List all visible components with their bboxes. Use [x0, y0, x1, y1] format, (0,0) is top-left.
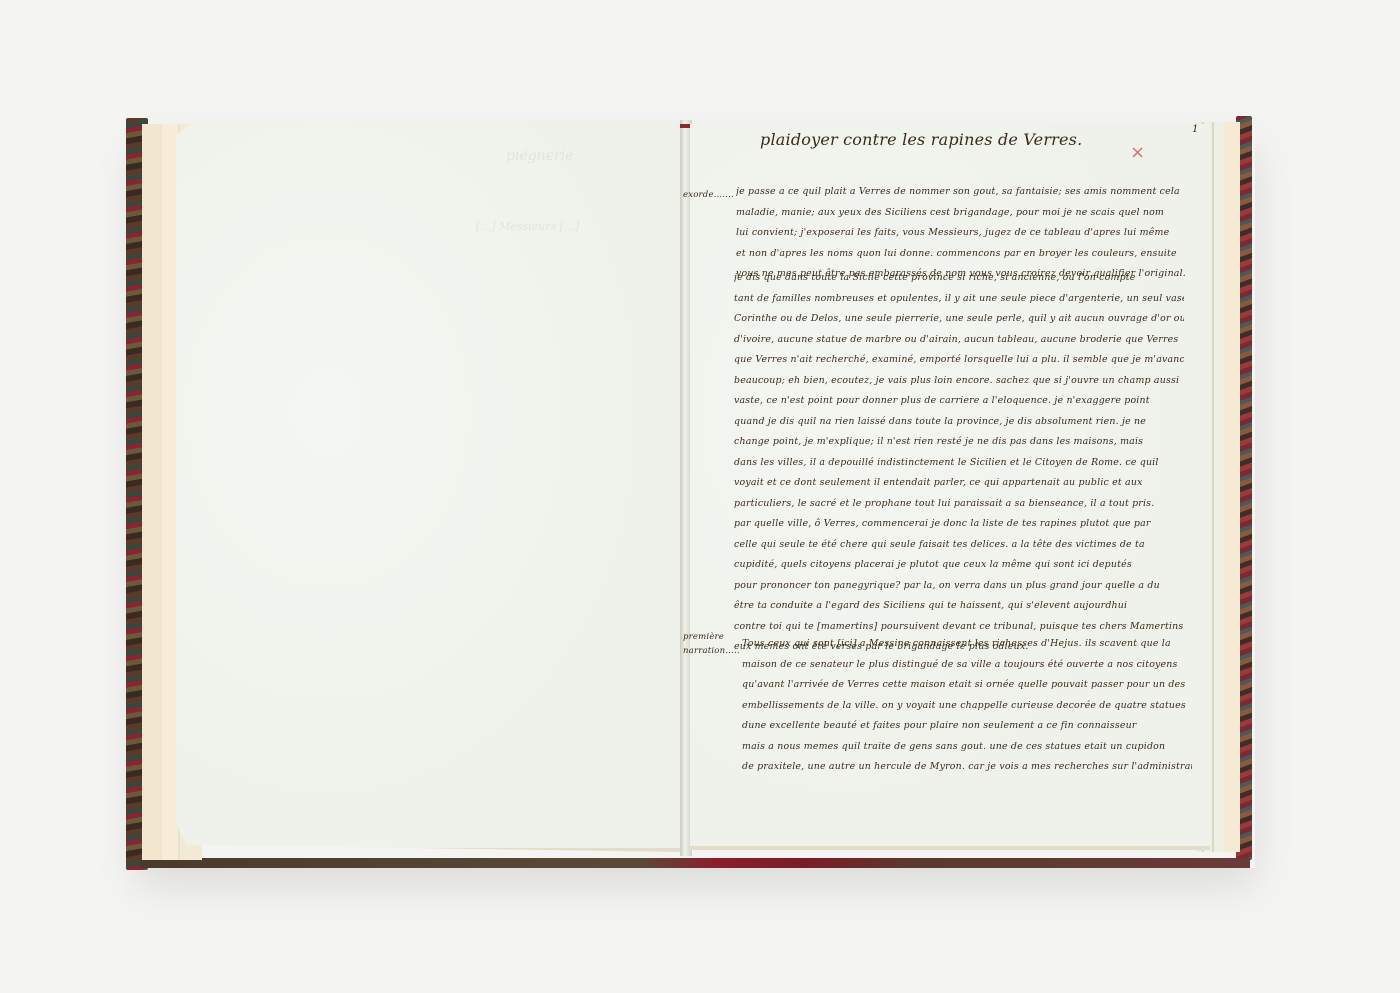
text-line: dune excellente beauté et faites pour pl…: [742, 716, 1192, 737]
text-line: par quelle ville, ô Verres, commencerai …: [734, 514, 1184, 535]
text-line: celle qui seule te été chere qui seule f…: [734, 535, 1184, 556]
text-line: je passe a ce quil plait a Verres de nom…: [736, 182, 1186, 203]
cover-bottom-edge: [140, 858, 1250, 868]
margin-note-narration: narration…..: [683, 646, 740, 656]
text-line: beaucoup; eh bien, ecoutez, je vais plus…: [734, 371, 1184, 392]
text-line: qu'avant l'arrivée de Verres cette maiso…: [742, 675, 1192, 696]
text-line: cupidité, quels citoyens placerai je plu…: [734, 555, 1184, 576]
text-line: et non d'apres les noms quon lui donne. …: [736, 244, 1186, 265]
text-line: vaste, ce n'est point pour donner plus d…: [734, 391, 1184, 412]
text-line: quand je dis quil na rien laissé dans to…: [734, 412, 1184, 433]
photo-scene: piégnerie […] Messieurs […] plaidoyer co…: [0, 0, 1400, 993]
text-line: tant de familles nombreuses et opulentes…: [734, 289, 1184, 310]
text-line: Tous ceux qui sont [ici] a Messine conna…: [742, 634, 1192, 655]
show-through-text: piégnerie: [506, 148, 573, 164]
text-line: pour prononcer ton panegyrique? par la, …: [734, 576, 1184, 597]
folio-number: 1: [1192, 124, 1199, 135]
text-line: lui convient; j'exposerai les faits, vou…: [736, 223, 1186, 244]
text-line: embellissements de la ville. on y voyait…: [742, 696, 1192, 717]
text-line: de praxitele, une autre un hercule de My…: [742, 757, 1192, 778]
paragraph-3: Tous ceux qui sont [ici] a Messine conna…: [742, 634, 1192, 778]
text-line: maladie, manie; aux yeux des Siciliens c…: [736, 203, 1186, 224]
left-page-blank: piégnerie […] Messieurs […]: [176, 120, 682, 852]
text-line: je dis que dans toute la Sicile cette pr…: [734, 268, 1184, 289]
text-line: mais a nous memes quil traite de gens sa…: [742, 737, 1192, 758]
red-x-mark: ×: [1130, 142, 1145, 163]
text-line: voyait et ce dont seulement il entendait…: [734, 473, 1184, 494]
text-line: Corinthe ou de Delos, une seule pierreri…: [734, 309, 1184, 330]
text-line: être ta conduite a l'egard des Siciliens…: [734, 596, 1184, 617]
show-through-text: […] Messieurs […]: [476, 220, 579, 233]
text-line: que Verres n'ait recherché, examiné, emp…: [734, 350, 1184, 371]
text-line: particuliers, le sacré et le prophane to…: [734, 494, 1184, 515]
text-line: maison de ce senateur le plus distingué …: [742, 655, 1192, 676]
paragraph-2: je dis que dans toute la Sicile cette pr…: [734, 268, 1184, 658]
text-line: d'ivoire, aucune statue de marbre ou d'a…: [734, 330, 1184, 351]
margin-note-premiere: première: [683, 632, 724, 642]
text-line: change point, je m'explique; il n'est ri…: [734, 432, 1184, 453]
manuscript-title: plaidoyer contre les rapines de Verres.: [760, 130, 1082, 149]
margin-note-exorde: exorde…….: [683, 190, 734, 200]
text-line: dans les villes, il a depouillé indistin…: [734, 453, 1184, 474]
